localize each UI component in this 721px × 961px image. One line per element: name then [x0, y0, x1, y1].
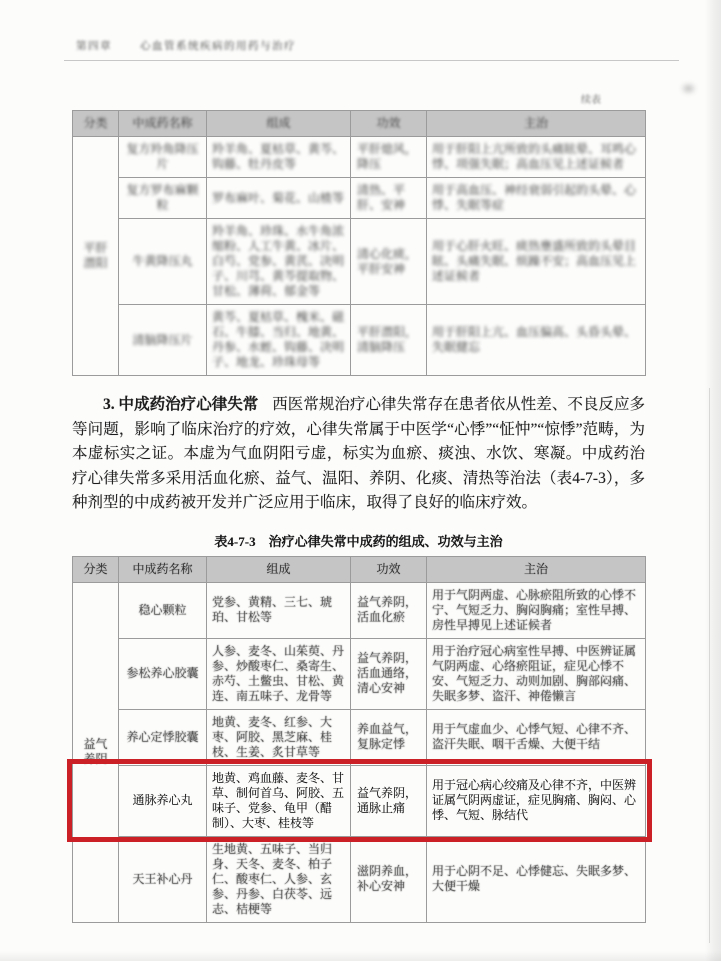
composition-cell: 生地黄、五味子、当归身、天冬、麦冬、柏子仁、酸枣仁、人参、玄参、丹参、白茯苓、远… [207, 836, 351, 922]
chapter-label: 第四章 [76, 38, 112, 53]
table-row: 牛黄降压丸 羚羊角、珍珠、水牛角浓缩粉、人工牛黄、冰片、白芍、党参、黄芪、决明子… [73, 219, 646, 305]
medicine-name: 复方罗布麻颗粒 [119, 178, 207, 219]
medicine-name: 稳心颗粒 [119, 582, 207, 638]
table-caption: 表4-7-3 治疗心律失常中成药的组成、功效与主治 [72, 531, 645, 550]
composition-cell: 罗布麻叶、菊花、山楂等 [207, 178, 351, 219]
effect-cell: 益气养阴，通脉止痛 [351, 765, 427, 836]
table-row: 益气养阴 稳心颗粒 党参、黄精、三七、琥珀、甘松等 益气养阴，活血化瘀 用于气阴… [73, 582, 646, 638]
scan-edge-line [709, 388, 710, 943]
continued-table-label: 续表 [72, 91, 645, 106]
composition-cell: 羚羊角、珍珠、水牛角浓缩粉、人工牛黄、冰片、白芍、党参、黄芪、决明子、川芎、黄芩… [207, 219, 351, 305]
scan-smudge [683, 85, 694, 92]
indication-cell: 用于心肝火旺、痰热壅盛所致的头晕目眩、头痛失眠、烦躁不安；高血压见上述证候者 [427, 219, 646, 305]
col-header-category: 分类 [73, 556, 119, 582]
col-header-category: 分类 [73, 111, 119, 137]
indication-cell: 用于肝阳上亢、血压偏高、头昏头晕、失眠健忘 [427, 305, 646, 376]
medicine-name: 参松养心胶囊 [119, 638, 207, 709]
composition-cell: 黄芩、夏枯草、槐米、磁石、牛膝、当归、地黄、丹参、水蛭、钩藤、决明子、地龙、珍珠… [207, 305, 351, 376]
indication-cell: 用于气虚血少、心悸气短、心律不齐、盗汗失眠、咽干舌燥、大便干结 [427, 709, 646, 765]
category-cell: 平肝潜阳 [73, 137, 119, 376]
medicine-name: 牛黄降压丸 [119, 219, 207, 305]
paragraph-heading: 3. 中成药治疗心律失常 [103, 396, 258, 413]
effect-cell: 清心化痰，平肝安神 [351, 219, 427, 305]
table-row: 清脑降压片 黄芩、夏枯草、槐米、磁石、牛膝、当归、地黄、丹参、水蛭、钩藤、决明子… [73, 305, 646, 376]
indication-cell: 用于心阴不足、心悸健忘、失眠多梦、大便干燥 [427, 836, 646, 922]
medicine-name: 天王补心丹 [119, 836, 207, 922]
composition-cell: 党参、黄精、三七、琥珀、甘松等 [207, 582, 351, 638]
col-header-name: 中成药名称 [119, 556, 207, 582]
col-header-indication: 主治 [427, 556, 646, 582]
medicine-name: 清脑降压片 [119, 305, 207, 376]
medicine-name: 复方羚角降压片 [119, 137, 207, 178]
effect-cell: 养血益气，复脉定悸 [351, 709, 427, 765]
composition-cell: 羚羊角、夏枯草、黄芩、钩藤、牡丹皮等 [207, 137, 351, 178]
effect-cell: 益气养阴，活血化瘀 [351, 582, 427, 638]
col-header-composition: 组成 [207, 556, 351, 582]
indication-cell: 用于高血压、神经衰弱引起的头晕、心悸、失眠等症 [427, 178, 646, 219]
medicine-name: 养心定悸胶囊 [119, 709, 207, 765]
composition-cell: 人参、麦冬、山茱萸、丹参、炒酸枣仁、桑寄生、赤芍、土鳖虫、甘松、黄连、南五味子、… [207, 638, 351, 709]
col-header-indication: 主治 [427, 111, 646, 137]
chapter-title: 心血管系统疾病的用药与治疗 [140, 38, 296, 53]
category-cell: 益气养阴 [73, 582, 119, 922]
table-header-row: 分类 中成药名称 组成 功效 主治 [73, 556, 646, 582]
medicine-name: 通脉养心丸 [119, 765, 207, 836]
table-row: 复方罗布麻颗粒 罗布麻叶、菊花、山楂等 清热、平肝、安神 用于高血压、神经衰弱引… [73, 178, 646, 219]
col-header-effect: 功效 [351, 111, 427, 137]
table-row: 平肝潜阳 复方羚角降压片 羚羊角、夏枯草、黄芩、钩藤、牡丹皮等 平肝熄风，降压 … [73, 137, 646, 178]
running-header: 第四章 心血管系统疾病的用药与治疗 [72, 38, 645, 53]
table-row: 天王补心丹 生地黄、五味子、当归身、天冬、麦冬、柏子仁、酸枣仁、人参、玄参、丹参… [73, 836, 646, 922]
indication-cell: 用于气阴两虚、心脉瘀阻所致的心悸不宁、气短乏力、胸闷胸痛；室性早搏、房性早搏见上… [427, 582, 646, 638]
effect-cell: 平肝熄风，降压 [351, 137, 427, 178]
effect-cell: 平肝潜阳，清脑降压 [351, 305, 427, 376]
hypertension-medicine-table: 分类 中成药名称 组成 功效 主治 平肝潜阳 复方羚角降压片 羚羊角、夏枯草、黄… [72, 110, 646, 376]
composition-cell: 地黄、麦冬、红参、大枣、阿胶、黑芝麻、桂枝、生姜、炙甘草等 [207, 709, 351, 765]
paragraph-body: 西医常规治疗心律失常存在患者依从性差、不良反应多等问题，影响了临床治疗的疗效，心… [72, 396, 645, 511]
arrhythmia-medicine-table: 分类 中成药名称 组成 功效 主治 益气养阴 稳心颗粒 党参、黄精、三七、琥珀、… [72, 556, 646, 923]
table-row: 养心定悸胶囊 地黄、麦冬、红参、大枣、阿胶、黑芝麻、桂枝、生姜、炙甘草等 养血益… [73, 709, 646, 765]
col-header-composition: 组成 [207, 111, 351, 137]
indication-cell: 用于肝阳上亢所致的头痛眩晕、耳鸣心悸、项强失眠；高血压见上述证候者 [427, 137, 646, 178]
highlighted-row-tongmai-yangxin-wan: 通脉养心丸 地黄、鸡血藤、麦冬、甘草、制何首乌、阿胶、五味子、党参、龟甲（醋制）… [73, 765, 646, 836]
col-header-name: 中成药名称 [119, 111, 207, 137]
col-header-effect: 功效 [351, 556, 427, 582]
scanned-page: 第四章 心血管系统疾病的用药与治疗 续表 分类 中成药名称 组成 功效 主治 平… [0, 0, 721, 961]
effect-cell: 滋阴养血，补心安神 [351, 836, 427, 922]
header-rule [64, 60, 679, 61]
indication-cell: 用于冠心病心绞痛及心律不齐，中医辨证属气阴两虚证，症见胸痛、胸闷、心悸、气短、脉… [427, 765, 646, 836]
table-header-row: 分类 中成药名称 组成 功效 主治 [73, 111, 646, 137]
effect-cell: 清热、平肝、安神 [351, 178, 427, 219]
table-row: 参松养心胶囊 人参、麦冬、山茱萸、丹参、炒酸枣仁、桑寄生、赤芍、土鳖虫、甘松、黄… [73, 638, 646, 709]
section-paragraph: 3. 中成药治疗心律失常西医常规治疗心律失常存在患者依从性差、不良反应多等问题，… [72, 393, 645, 516]
composition-cell: 地黄、鸡血藤、麦冬、甘草、制何首乌、阿胶、五味子、党参、龟甲（醋制）、大枣、桂枝… [207, 765, 351, 836]
effect-cell: 益气养阴，活血通络，清心安神 [351, 638, 427, 709]
indication-cell: 用于治疗冠心病室性早搏、中医辨证属气阴两虚、心络瘀阻证，症见心悸不安、气短乏力、… [427, 638, 646, 709]
